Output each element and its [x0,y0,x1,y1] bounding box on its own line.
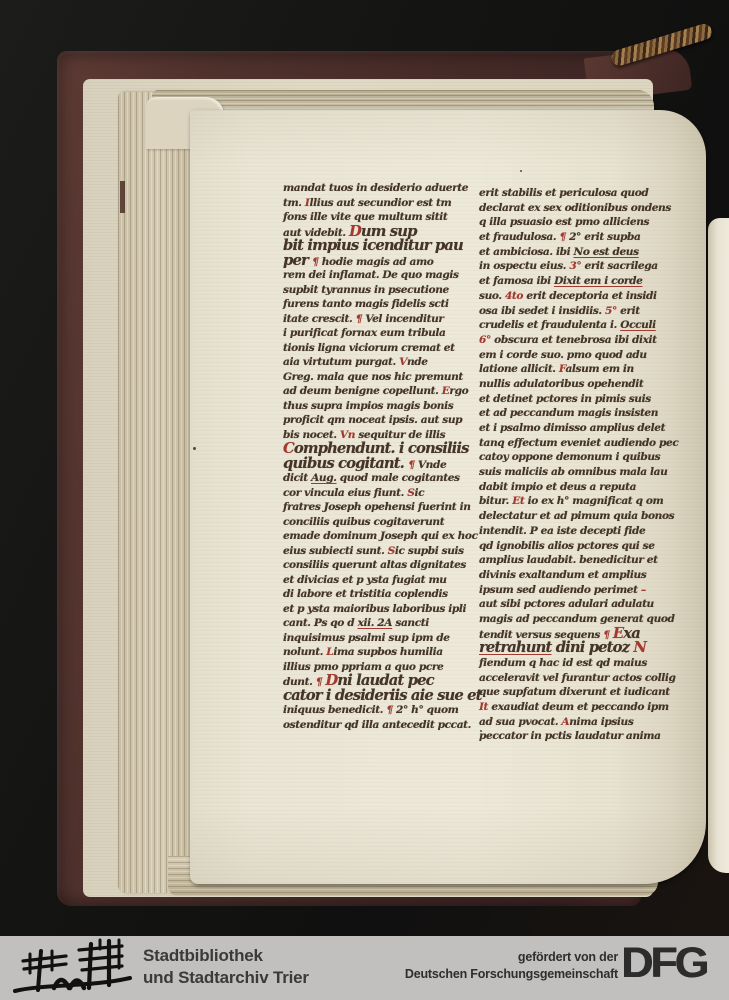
manuscript-text-line: i purificat fornax eum tribula [283,326,475,341]
manuscript-text-line: peccator in pctis laudatur anima [479,729,661,744]
manuscript-text-segment: nde [407,356,428,368]
manuscript-text-segment: Et [512,495,524,507]
manuscript-text-segment: consiliis querunt altas dignitates [283,559,466,571]
manuscript-text-line: crudelis et fraudulenta i. Occuli [479,318,661,333]
manuscript-text-line: et detinet pctores in pimis suis [479,392,661,407]
manuscript-text-segment: tionis ligna viciorum cremat et [283,342,455,354]
manuscript-text-line: qd ignobilis alios pctores qui se [479,539,661,554]
manuscript-text-segment: cant. Ps qo d [283,617,358,629]
manuscript-text-segment: rem dei inflamat. De quo magis [283,269,459,281]
manuscript-text-segment: ad sua pvocat. [479,716,561,728]
manuscript-text-segment: et fraudulosa. [479,231,559,243]
manuscript-text-segment: inquisimus psalmi sup ipm de [283,632,450,644]
manuscript-text-segment: llius aut secundior est tm [309,197,451,209]
manuscript-text-segment: que supfatum dixerunt et iudicant [479,686,670,698]
manuscript-text-line: divinis exaltandum et amplius [479,568,661,583]
manuscript-text-line: furens tanto magis fidelis scti [283,297,475,312]
manuscript-text-line: catoy oppone demonum i quibus [479,450,661,465]
manuscript-text-line: cant. Ps qo d xii. 2A sancti [283,616,475,631]
manuscript-text-segment: No est deus [574,246,639,258]
library-name-line1: Stadtbibliothek [143,945,309,967]
manuscript-text-line: suis maliciis ab omnibus mala lau [479,465,661,480]
manuscript-text-segment: crudelis et fraudulenta i. [479,319,620,331]
manuscript-text-segment: It [479,701,488,713]
manuscript-text-segment: eius subiecti sunt. [283,545,388,557]
manuscript-text-line: retrahunt dini petoz N [479,641,661,656]
manuscript-text-segment: 5° [605,305,620,317]
manuscript-text-line: et fraudulosa. ¶ 2° erit supba [479,230,661,245]
manuscript-text-line: fiendum q hac id est qd maius [479,656,661,671]
manuscript-text-segment: emade dominum Joseph qui ex hoc [283,530,478,542]
manuscript-text-line: latione allicit. Falsum em in [479,362,661,377]
dfg-logo: DFG [621,939,706,988]
manuscript-text-segment: latione allicit. [479,363,559,375]
manuscript-text-segment: exaudiat deum et peccando ipm [488,701,669,713]
manuscript-text-segment: fratres Joseph opehensi fuerint in [283,501,471,513]
manuscript-text-segment: S [388,545,395,557]
manuscript-text-segment: acceleravit vel furantur actos collig [479,672,675,684]
page-speck [480,730,482,732]
manuscript-text-segment: Vn [340,429,355,441]
manuscript-text-segment: ¶ [386,704,396,716]
page-stack-left-edge [118,92,194,893]
manuscript-text-segment: io ex h° magnificat q om [524,495,663,507]
manuscript-text-line: et ad peccandum magis insisten [479,406,661,421]
manuscript-text-segment: declarat ex sex oditionibus ondens [479,202,671,214]
manuscript-text-segment: furens tanto magis fidelis scti [283,298,449,310]
manuscript-text-segment: magis ad peccandum generat quod [479,613,675,625]
manuscript-text-segment: sequitur de illis [355,429,445,441]
manuscript-text-segment: conciliis quibus cogitaverunt [283,516,444,528]
manuscript-text-line: emade dominum Joseph qui ex hoc [283,529,475,544]
manuscript-text-line: ipsum sed audiendo perimet – [479,583,661,598]
manuscript-text-segment: illius pmo ppriam a quo pcre [283,661,443,673]
manuscript-text-segment: tanq effectum eveniet audiendo pec [479,437,678,449]
page-speck [520,170,522,172]
manuscript-text-line: acceleravit vel furantur actos collig [479,671,661,686]
digitized-manuscript-view: mandat tuos in desiderio aduertetm. Illi… [0,0,729,1000]
manuscript-text-line: declarat ex sex oditionibus ondens [479,201,661,216]
manuscript-text-segment: nolunt. [283,646,326,658]
endpaper-mark [120,181,125,213]
manuscript-text-segment: et famosa ibi [479,275,554,287]
manuscript-text-segment: di labore et tristitia coplendis [283,588,448,600]
manuscript-text-segment: cator i desideriis aie sue et [283,687,482,704]
manuscript-text-segment: ¶ [356,313,366,325]
manuscript-text-segment: hodie magis ad amo [322,256,434,268]
manuscript-text-line: thus supra impios magis bonis [283,399,475,414]
manuscript-text-segment: ¶ [312,256,322,268]
manuscript-text-segment: aia virtutum purgat. [283,356,399,368]
manuscript-text-segment: itate crescit. [283,313,356,325]
manuscript-text-segment: et detinet pctores in pimis suis [479,393,651,405]
manuscript-text-segment: divinis exaltandum et amplius [479,569,646,581]
manuscript-text-line: fratres Joseph opehensi fuerint in [283,500,475,515]
manuscript-text-line: iniquus benedicit. ¶ 2° h° quom [283,703,475,718]
manuscript-text-segment: ad deum benigne copellunt. [283,385,442,397]
manuscript-text-line: et p ysta maioribus laboribus ipli [283,602,475,617]
manuscript-text-line: proficit qm noceat ipsis. aut sup [283,413,475,428]
manuscript-text-line: ostenditur qd illa antecedit pccat. [283,718,475,733]
manuscript-text-line: 6° obscura et tenebrosa ibi dixit [479,333,661,348]
manuscript-text-line: It exaudiat deum et peccando ipm [479,700,661,715]
manuscript-text-segment: rgo [449,385,468,397]
manuscript-text-line: consiliis querunt altas dignitates [283,558,475,573]
manuscript-text-segment: V [399,356,407,368]
manuscript-text-segment: catoy oppone demonum i quibus [479,451,660,463]
manuscript-text-segment: ic supbi suis [395,545,464,557]
manuscript-text-segment: dabit impio et deus a reputa [479,481,636,493]
manuscript-text-segment: Occuli [620,319,655,331]
manuscript-text-segment: 2° erit supba [569,231,640,243]
manuscript-text-segment: 3° [569,260,584,272]
manuscript-text-line: cator i desideriis aie sue et [283,689,475,704]
manuscript-text-segment: qd ignobilis alios pctores qui se [479,540,655,552]
manuscript-text-segment: bitur. [479,495,512,507]
facing-page-edge [708,218,729,873]
manuscript-text-segment: N [633,639,646,656]
manuscript-text-segment: et p ysta maioribus laboribus ipli [283,603,466,615]
manuscript-text-line: in ospectu eius. 3° erit sacrilega [479,259,661,274]
manuscript-text-segment: osa ibi sedet i insidiis. [479,305,605,317]
manuscript-text-segment: xii. 2A [358,617,393,629]
footer-credits-bar: Stadtbibliothek und Stadtarchiv Trier ge… [0,936,729,1000]
manuscript-text-segment: delectatur et ad pimum quia bonos [479,510,674,522]
manuscript-text-line: intendit. P ea iste decepti fide [479,524,661,539]
manuscript-text-segment: ic [414,487,424,499]
manuscript-text-segment: amplius laudabit. benedicitur et [479,554,658,566]
manuscript-text-segment: intendit. P ea iste decepti fide [479,525,645,537]
manuscript-text-segment: suis maliciis ab omnibus mala lau [479,466,667,478]
manuscript-text-segment: quibus cogitant. [283,455,408,472]
manuscript-text-line: supbit tyrannus in psecutione [283,283,475,298]
manuscript-text-segment: per [283,252,312,269]
manuscript-text-segment: iniquus benedicit. [283,704,386,716]
manuscript-text-segment: et divicias et p ysta fugiat mu [283,574,447,586]
manuscript-text-line: ad sua pvocat. Anima ipsius [479,715,661,730]
manuscript-text-line: et famosa ibi Dixit em i corde [479,274,661,289]
manuscript-text-segment: alsum em in [565,363,633,375]
manuscript-text-line: inquisimus psalmi sup ipm de [283,631,475,646]
manuscript-text-segment: Vel incenditur [365,313,443,325]
manuscript-text-segment: proficit qm noceat ipsis. aut sup [283,414,462,426]
manuscript-text-segment: in ospectu eius. [479,260,569,272]
manuscript-text-line: nolunt. Lima supbos humilia [283,645,475,660]
manuscript-text-segment: suo. [479,290,505,302]
page-speck [193,447,196,450]
manuscript-text-line: amplius laudabit. benedicitur et [479,553,661,568]
manuscript-text-line: itate crescit. ¶ Vel incenditur [283,312,475,327]
manuscript-text-segment: supbit tyrannus in psecutione [283,284,449,296]
manuscript-text-segment: retrahunt [479,639,551,656]
manuscript-text-segment: dicit [283,472,311,484]
manuscript-text-segment: quod male cogitantes [337,472,460,484]
manuscript-text-line: que supfatum dixerunt et iudicant [479,685,661,700]
manuscript-text-segment: ¶ [408,459,418,471]
manuscript-text-segment: cor vincula eius fiunt. [283,487,407,499]
manuscript-text-segment: erit stabilis et periculosa quod [479,187,648,199]
funding-line1: gefördert von der [405,949,618,966]
photo-background: mandat tuos in desiderio aduertetm. Illi… [0,0,729,936]
manuscript-text-segment: 4to [505,290,526,302]
manuscript-text-line: suo. 4to erit deceptoria et insidi [479,289,661,304]
manuscript-text-segment: erit deceptoria et insidi [526,290,656,302]
manuscript-text-segment: dini petoz [551,639,633,656]
manuscript-text-line: eius subiecti sunt. Sic supbi suis [283,544,475,559]
manuscript-text-line: quibus cogitant. ¶ Vnde [283,457,475,472]
manuscript-text-segment: 2° h° quom [396,704,458,716]
manuscript-text-segment: tm. [283,197,305,209]
manuscript-text-line: aia virtutum purgat. Vnde [283,355,475,370]
manuscript-text-line: et divicias et p ysta fugiat mu [283,573,475,588]
text-column-right: erit stabilis et periculosa quoddeclarat… [479,186,661,744]
manuscript-text-segment: Aug. [311,472,336,484]
stadtbibliothek-logo-icon [12,938,134,998]
manuscript-text-segment: nullis adulatoribus opehendit [479,378,643,390]
manuscript-text-line: q illa psuasio est pmo alliciens [479,215,661,230]
manuscript-text-segment: erit sacrilega [585,260,658,272]
manuscript-page: mandat tuos in desiderio aduertetm. Illi… [190,110,706,884]
manuscript-text-line: di labore et tristitia coplendis [283,587,475,602]
manuscript-text-segment: mandat tuos in desiderio aduerte [283,182,468,194]
manuscript-text-line: mandat tuos in desiderio aduerte [283,181,475,196]
manuscript-text-segment: aut sibi pctores adulari adulatu [479,598,654,610]
manuscript-text-line: tm. Illius aut secundior est tm [283,196,475,211]
manuscript-text-segment: et ambiciosa. ibi [479,246,574,258]
manuscript-text-line: bitur. Et io ex h° magnificat q om [479,494,661,509]
manuscript-text-segment: peccator in pctis laudatur anima [479,730,661,742]
manuscript-text-line: ad deum benigne copellunt. Ergo [283,384,475,399]
manuscript-text-line: rem dei inflamat. De quo magis [283,268,475,283]
manuscript-text-line: em i corde suo. pmo quod adu [479,348,661,363]
manuscript-text-line: et i psalmo dimisso amplius delet [479,421,661,436]
manuscript-text-line: conciliis quibus cogitaverunt [283,515,475,530]
manuscript-text-segment: erit [620,305,640,317]
manuscript-text-segment: ipsum sed audiendo perimet [479,584,641,596]
manuscript-text-segment: Dixit em i corde [554,275,642,287]
manuscript-text-segment: ¶ [559,231,569,243]
manuscript-text-line: aut sibi pctores adulari adulatu [479,597,661,612]
manuscript-text-line: tionis ligna viciorum cremat et [283,341,475,356]
manuscript-text-segment: nima ipsius [569,716,633,728]
manuscript-text-segment: et ad peccandum magis insisten [479,407,658,419]
manuscript-text-line: osa ibi sedet i insidiis. 5° erit [479,304,661,319]
manuscript-text-line: nullis adulatoribus opehendit [479,377,661,392]
funding-credit: gefördert von der Deutschen Forschungsge… [405,949,618,983]
library-name: Stadtbibliothek und Stadtarchiv Trier [143,945,309,988]
manuscript-text-segment: ostenditur qd illa antecedit pccat. [283,719,471,731]
manuscript-text-segment: em i corde suo. pmo quod adu [479,349,647,361]
manuscript-text-line: erit stabilis et periculosa quod [479,186,661,201]
funding-line2: Deutschen Forschungsgemeinschaft [405,966,618,983]
manuscript-text-segment: Vnde [418,459,446,471]
manuscript-text-line: delectatur et ad pimum quia bonos [479,509,661,524]
manuscript-text-segment: et i psalmo dimisso amplius delet [479,422,665,434]
manuscript-text-segment: ima supbos humilia [333,646,442,658]
text-column-left: mandat tuos in desiderio aduertetm. Illi… [283,181,475,732]
manuscript-text-line: Greg. mala que nos hic premunt [283,370,475,385]
manuscript-text-line: et ambiciosa. ibi No est deus [479,245,661,260]
manuscript-text-segment: – [641,584,646,596]
manuscript-text-line: cor vincula eius fiunt. Sic [283,486,475,501]
manuscript-text-line: per ¶ hodie magis ad amo [283,254,475,269]
manuscript-text-segment: thus supra impios magis bonis [283,400,453,412]
manuscript-text-segment: fons ille vite que multum sitit [283,211,447,223]
manuscript-text-segment: 6° [479,334,494,346]
manuscript-text-line: dicit Aug. quod male cogitantes [283,471,475,486]
manuscript-text-segment: i purificat fornax eum tribula [283,327,446,339]
manuscript-text-line: tanq effectum eveniet audiendo pec [479,436,661,451]
manuscript-text-segment: obscura et tenebrosa ibi dixit [494,334,657,346]
library-name-line2: und Stadtarchiv Trier [143,967,309,989]
manuscript-text-segment: fiendum q hac id est qd maius [479,657,647,669]
manuscript-text-segment: Greg. mala que nos hic premunt [283,371,463,383]
manuscript-text-line: dabit impio et deus a reputa [479,480,661,495]
manuscript-text-segment: sancti [392,617,429,629]
manuscript-text-segment: bis nocet. [283,429,340,441]
manuscript-text-segment: q illa psuasio est pmo alliciens [479,216,649,228]
